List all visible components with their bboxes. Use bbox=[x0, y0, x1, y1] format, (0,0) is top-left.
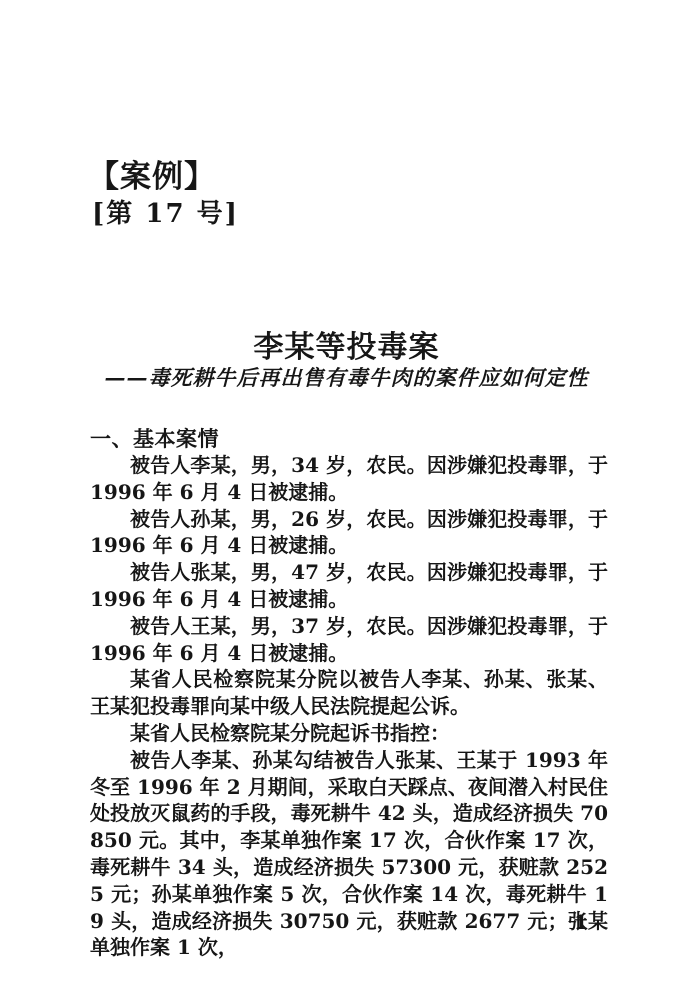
body-text: 被告人李某，男，34 岁，农民。因涉嫌犯投毒罪，于 1996 年 6 月 4 日… bbox=[90, 452, 608, 961]
paragraph-defendant-wang: 被告人王某，男，37 岁，农民。因涉嫌犯投毒罪，于 1996 年 6 月 4 日… bbox=[90, 613, 608, 667]
paragraph-defendant-li: 被告人李某，男，34 岁，农民。因涉嫌犯投毒罪，于 1996 年 6 月 4 日… bbox=[90, 452, 608, 506]
page-number: 1 bbox=[574, 910, 588, 934]
paragraph-defendant-sun: 被告人孙某，男，26 岁，农民。因涉嫌犯投毒罪，于 1996 年 6 月 4 日… bbox=[90, 506, 608, 560]
paragraph-indictment-details: 被告人李某、孙某勾结被告人张某、王某于 1993 年冬至 1996 年 2 月期… bbox=[90, 747, 608, 961]
section-heading-basic-facts: 一、基本案情 bbox=[90, 423, 219, 453]
paragraph-defendant-zhang: 被告人张某，男，47 岁，农民。因涉嫌犯投毒罪，于 1996 年 6 月 4 日… bbox=[90, 559, 608, 613]
document-page: 【案例】 [第 17 号] 李某等投毒案 ——毒死耕牛后再出售有毒牛肉的案件应如… bbox=[0, 0, 693, 999]
paragraph-indictment-lead: 某省人民检察院某分院起诉书指控： bbox=[90, 720, 608, 747]
case-number: [第 17 号] bbox=[92, 193, 239, 230]
case-subtitle: ——毒死耕牛后再出售有毒牛肉的案件应如何定性 bbox=[0, 362, 693, 392]
case-label: 【案例】 bbox=[88, 151, 216, 196]
case-title: 李某等投毒案 bbox=[0, 322, 693, 366]
paragraph-prosecution: 某省人民检察院某分院以被告人李某、孙某、张某、王某犯投毒罪向某中级人民法院提起公… bbox=[90, 666, 608, 720]
